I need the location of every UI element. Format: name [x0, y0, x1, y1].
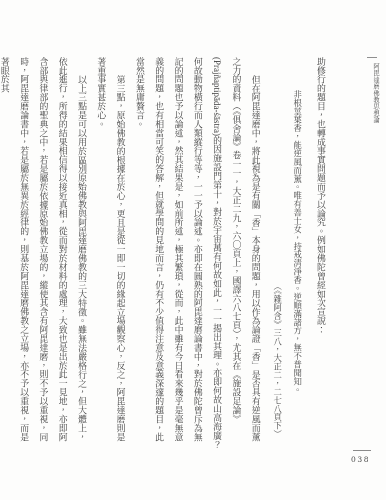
paragraph-lead: 助修行的題目，也轉成事實問題而予以論究。例如佛陀曾經如次宣說：	[311, 57, 330, 449]
book-page: 阿毘達磨佛教思想論 助修行的題目，也轉成事實問題而予以論究。例如佛陀曾經如次宣說…	[0, 0, 386, 500]
paragraph-third-point: 第三點，原始佛教的根據在於心，更且是從一即一切的緣起立場觀察心，反之，阿毘達磨則…	[91, 57, 130, 449]
verse-quote-block: 非根莖葉香，能逆風而薰。唯有善士女，持戒清淨香。逆順滿諸方，無不普聞知。 （《雜…	[267, 57, 307, 449]
running-head-rule	[367, 57, 377, 58]
paragraph-abhidharma-discussion: 但在阿毘達磨中，將此視為是有關「香」本身的問題，用以作為論證「香」是否具有逆風而…	[130, 57, 265, 449]
running-head-title: 阿毘達磨佛教思想論	[371, 63, 380, 123]
verse-citation: （《雜阿含》三八，大正二，二七八頁下）	[267, 90, 287, 449]
page-number: 038	[351, 455, 370, 464]
main-text-block: 助修行的題目，也轉成事實問題而予以論究。例如佛陀曾經如次宣說： 非根莖葉香，能逆…	[28, 57, 330, 449]
paragraph-three-features: 以上三點是可以用於區別原始佛教與阿毘達磨佛教的三大特徵。雖無法嚴格行之，但大體上…	[0, 57, 91, 449]
verse-quote: 非根莖葉香，能逆風而薰。唯有善士女，持戒清淨香。逆順滿諸方，無不普聞知。	[287, 90, 307, 449]
page-number-rule	[353, 450, 371, 451]
